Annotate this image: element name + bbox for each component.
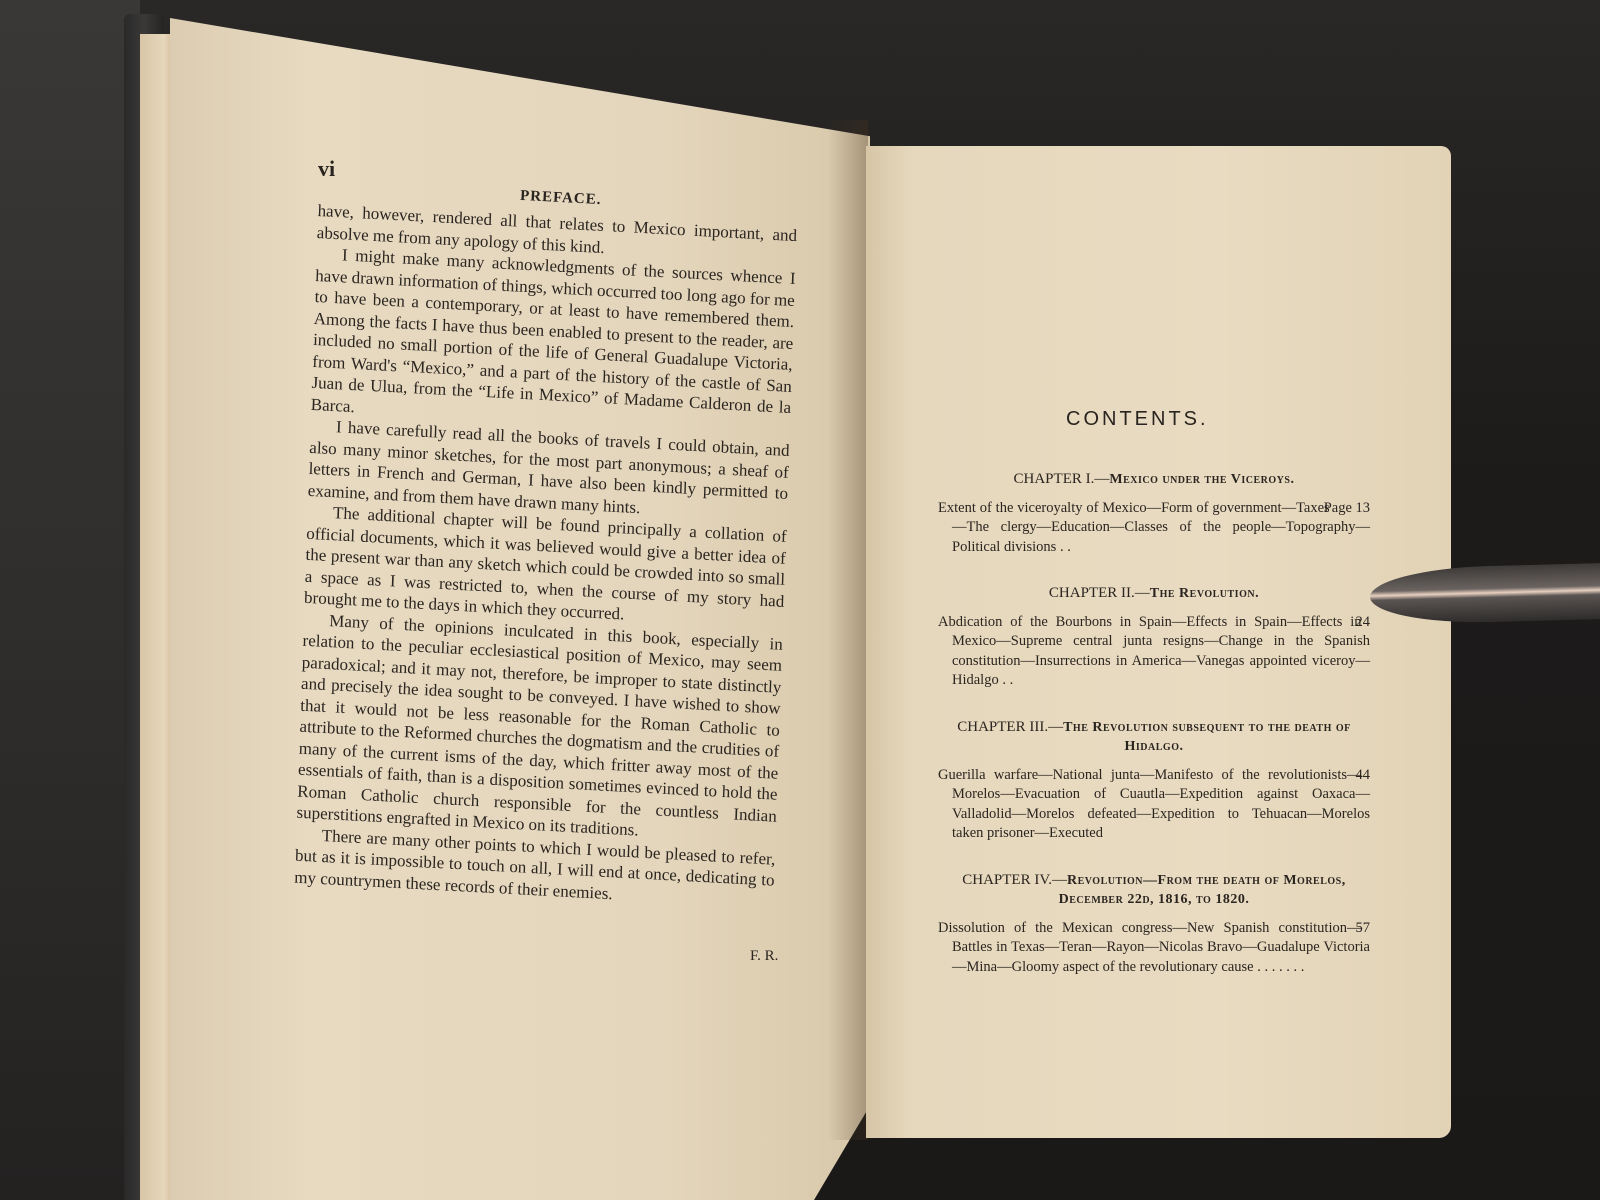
table-of-contents: CHAPTER I.—Mexico under the Viceroys. Pa…: [938, 470, 1370, 1004]
toc-chapter: CHAPTER II.—The Revolution. 24 Abdicatio…: [938, 584, 1370, 691]
contents-title: CONTENTS.: [1066, 408, 1209, 431]
chapter-description: Page 13 Extent of the viceroyalty of Mex…: [938, 499, 1370, 558]
chapter-title: The Revolution.: [1150, 586, 1259, 601]
page-ref: Page 13: [1338, 499, 1370, 519]
page-number: vi: [318, 156, 335, 182]
chapter-heading: CHAPTER III.—The Revolution subsequent t…: [938, 718, 1370, 757]
chapter-description: 57 Dissolution of the Mexican congress—N…: [938, 919, 1370, 978]
chapter-description: 44 Guerilla warfare—National junta—Manif…: [938, 766, 1370, 844]
chapter-heading: CHAPTER IV.—Revolution—From the death of…: [938, 871, 1370, 910]
toc-chapter: CHAPTER III.—The Revolution subsequent t…: [938, 718, 1370, 844]
description-text: Dissolution of the Mexican congress—New …: [938, 920, 1370, 975]
preface-text: have, however, rendered all that relates…: [294, 200, 797, 913]
chapter-number: CHAPTER II.—: [1049, 585, 1150, 601]
chapter-description: 24 Abdication of the Bourbons in Spain—E…: [938, 613, 1370, 691]
page-ref: 24: [1370, 613, 1371, 633]
page-ref: 57: [1370, 919, 1371, 939]
paragraph: Many of the opinions inculcated in this …: [296, 608, 783, 848]
toc-chapter: CHAPTER IV.—Revolution—From the death of…: [938, 871, 1370, 978]
chapter-heading: CHAPTER II.—The Revolution.: [938, 584, 1370, 604]
gutter-shadow: [828, 120, 868, 1140]
chapter-heading: CHAPTER I.—Mexico under the Viceroys.: [938, 470, 1370, 490]
description-text: Guerilla warfare—National junta—Manifest…: [938, 767, 1370, 842]
dark-backdrop: [0, 0, 140, 1200]
chapter-title: Revolution—From the death of Morelos, De…: [1059, 873, 1346, 908]
chapter-title: The Revolution subsequent to the death o…: [1063, 720, 1351, 755]
chapter-title: Mexico under the Viceroys.: [1109, 472, 1294, 487]
signature: F. R.: [750, 948, 778, 965]
page-ref: 44: [1370, 766, 1371, 786]
description-text: Abdication of the Bourbons in Spain—Effe…: [938, 614, 1370, 689]
paragraph: I might make many acknowledgments of the…: [310, 243, 795, 440]
toc-chapter: CHAPTER I.—Mexico under the Viceroys. Pa…: [938, 470, 1370, 557]
chapter-number: CHAPTER III.—: [957, 719, 1063, 735]
chapter-number: CHAPTER I.—: [1014, 471, 1110, 487]
description-text: Extent of the viceroyalty of Mexico—Form…: [938, 500, 1370, 555]
chapter-number: CHAPTER IV.—: [962, 872, 1067, 888]
